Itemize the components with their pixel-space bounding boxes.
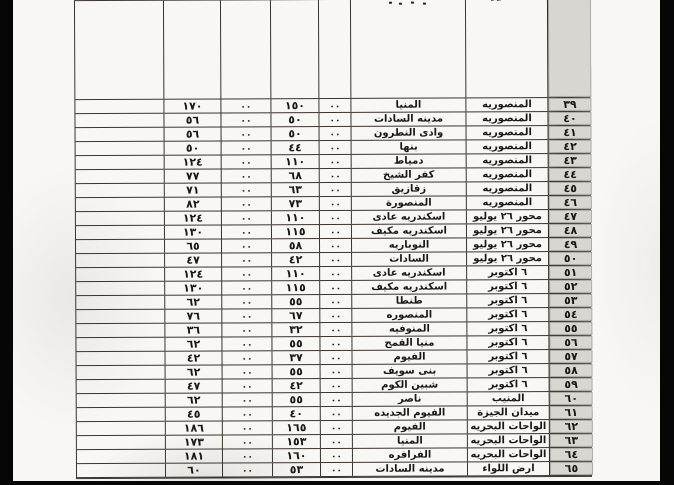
destination-cell: المنيا bbox=[352, 434, 467, 448]
empty-cell bbox=[77, 436, 165, 449]
fare-fraction-cell: ٠٠ bbox=[320, 435, 352, 448]
fare2-fraction-cell: ٠٠ bbox=[221, 197, 271, 210]
row-number-cell: ٤٦ bbox=[548, 196, 592, 209]
destination-cell: السادات bbox=[351, 252, 466, 266]
row-number-cell: ٥٤ bbox=[548, 308, 592, 321]
empty-cell bbox=[75, 1, 163, 99]
fare2-cell: ٤٧ bbox=[164, 253, 221, 266]
fare2-fraction-cell: ٠٠ bbox=[221, 183, 271, 196]
empty-cell bbox=[75, 114, 163, 127]
cutoff-text-sliver bbox=[389, 2, 392, 4]
fare2-cell: ٤٢ bbox=[164, 351, 221, 364]
empty-cell bbox=[76, 282, 164, 295]
destination-cell: طنطا bbox=[351, 294, 466, 308]
destination-cell: الفرافره bbox=[352, 448, 467, 462]
row-number-cell: ٦١ bbox=[549, 406, 593, 419]
empty-cell bbox=[77, 450, 165, 463]
fare2-fraction-cell: ٠٠ bbox=[221, 169, 271, 182]
row-number-cell: ٤٧ bbox=[548, 210, 592, 223]
fare2-cell: ١٢٤ bbox=[164, 211, 221, 224]
fare2-fraction-cell bbox=[220, 0, 270, 98]
fare-cell: ١١٠ bbox=[271, 155, 319, 168]
fare-cell: ٥٥ bbox=[272, 393, 320, 406]
fare2-fraction-cell: ٠٠ bbox=[221, 225, 271, 238]
fare2-fraction-cell: ٠٠ bbox=[221, 211, 271, 224]
row-number-cell: ٥٦ bbox=[548, 336, 592, 349]
destination-cell: المنصوره bbox=[351, 308, 466, 322]
origin-cell: المنصوريه bbox=[465, 98, 547, 111]
fare2-cell: ١٨١ bbox=[165, 449, 222, 462]
fare-fraction-cell: ٠٠ bbox=[318, 113, 350, 126]
destination-cell: دمياط bbox=[351, 154, 466, 168]
fare2-cell: ١٨٦ bbox=[165, 421, 222, 434]
row-number-cell: ٣٩ bbox=[547, 98, 591, 111]
empty-cell bbox=[77, 380, 165, 393]
fare-fraction-cell: ٠٠ bbox=[319, 351, 351, 364]
destination-cell: وادى النطرون bbox=[351, 126, 466, 140]
fare2-cell: ١٣٠ bbox=[164, 225, 221, 238]
fare2-cell: ٨٢ bbox=[164, 197, 221, 210]
destination-cell: كفر الشيخ bbox=[351, 168, 466, 182]
fare2-cell: ٦٢ bbox=[165, 365, 222, 378]
origin-cell: ٦ اكتوبر bbox=[467, 378, 549, 391]
fare2-cell: ٦٢ bbox=[164, 295, 221, 308]
fare-fraction-cell: ٠٠ bbox=[319, 183, 351, 196]
fare-table-body: ١٧٠ ٠٠ ١٥٠ ٠٠ المنيا المنصوريه ٣٩ ٥٦ ٠٠ … bbox=[75, 98, 591, 478]
fare-cell: ١٥٠ bbox=[270, 99, 318, 112]
empty-cell bbox=[76, 240, 164, 253]
origin-cell: محور ٢٦ يوليو bbox=[466, 238, 548, 251]
fare-fraction-cell: ٠٠ bbox=[319, 127, 351, 140]
fare-fraction-cell: ٠٠ bbox=[320, 407, 352, 420]
fare2-fraction-cell: ٠٠ bbox=[221, 281, 271, 294]
destination-cell: شبين الكوم bbox=[352, 378, 467, 392]
fare2-fraction-cell: ٠٠ bbox=[221, 267, 271, 280]
fare-cell: ٥٠ bbox=[270, 113, 318, 126]
fare-cell: ٣٢ bbox=[271, 323, 319, 336]
row-number-cell: ٤٠ bbox=[547, 112, 591, 125]
destination-cell: النوباريه bbox=[351, 238, 466, 252]
fare2-fraction-cell: ٠٠ bbox=[221, 337, 271, 350]
fare2-fraction-cell: ٠٠ bbox=[220, 99, 270, 112]
destination-cell: منيا القمح bbox=[351, 336, 466, 350]
empty-cell bbox=[77, 366, 165, 379]
fare-cell: ٦٧ bbox=[271, 309, 319, 322]
destination-cell: بنى سويف bbox=[352, 364, 467, 378]
fare2-fraction-cell: ٠٠ bbox=[221, 295, 271, 308]
empty-cell bbox=[76, 212, 164, 225]
empty-cell bbox=[76, 170, 164, 183]
empty-cell bbox=[75, 100, 163, 113]
fare2-cell: ٤٧ bbox=[165, 379, 222, 392]
fare-table: المنصوريه ١٧٠ ٠٠ ١٥٠ ٠٠ المنيا المنصوريه… bbox=[74, 0, 592, 479]
fare-fraction-cell: ٠٠ bbox=[320, 393, 352, 406]
origin-cell: ٦ اكتوبر bbox=[466, 280, 548, 293]
fare2-cell: ١٧٠ bbox=[163, 99, 220, 112]
fare-cell: ٦٨ bbox=[271, 169, 319, 182]
fare-cell: ٥٥ bbox=[271, 337, 319, 350]
empty-cell bbox=[77, 408, 165, 421]
origin-cell: ٦ اكتوبر bbox=[466, 294, 548, 307]
destination-cell: المنوفيه bbox=[351, 322, 466, 336]
row-number-cell: ٦٤ bbox=[549, 448, 593, 461]
fare-cell: ٦٣ bbox=[271, 183, 319, 196]
fare-cell: ٥٥ bbox=[272, 365, 320, 378]
fare-fraction-cell bbox=[318, 0, 350, 98]
fare2-fraction-cell: ٠٠ bbox=[222, 407, 272, 420]
row-number-cell: ٥٠ bbox=[548, 252, 592, 265]
origin-cell: المنصوريه bbox=[466, 126, 548, 139]
fare2-cell: ١٣٠ bbox=[164, 281, 221, 294]
empty-cell bbox=[76, 184, 164, 197]
origin-cell: المنصوريه bbox=[466, 140, 548, 153]
origin-cell: الواحات البحريه bbox=[467, 448, 549, 461]
row-number-cell: ٦٥ bbox=[549, 462, 593, 475]
fare-cell: ٤٠ bbox=[272, 407, 320, 420]
origin-cell: المنصوريه bbox=[465, 112, 547, 125]
destination-cell: بنها bbox=[351, 140, 466, 154]
fare-fraction-cell: ٠٠ bbox=[319, 323, 351, 336]
fare-fraction-cell: ٠٠ bbox=[319, 197, 351, 210]
fare-fraction-cell: ٠٠ bbox=[319, 155, 351, 168]
fare2-cell: ٦٠ bbox=[165, 463, 222, 476]
fare2-fraction-cell: ٠٠ bbox=[222, 449, 272, 462]
fare-cell: ١٦٠ bbox=[272, 449, 320, 462]
fare-cell bbox=[270, 0, 318, 98]
fare2-fraction-cell: ٠٠ bbox=[222, 379, 272, 392]
origin-cell: المنصوريه bbox=[466, 196, 548, 209]
empty-cell bbox=[76, 226, 164, 239]
fare-fraction-cell: ٠٠ bbox=[320, 449, 352, 462]
row-number-cell: ٦٢ bbox=[549, 420, 593, 433]
fare2-fraction-cell: ٠٠ bbox=[220, 113, 270, 126]
empty-cell bbox=[77, 464, 165, 477]
fare-fraction-cell: ٠٠ bbox=[320, 463, 352, 476]
fare2-fraction-cell: ٠٠ bbox=[221, 127, 271, 140]
fare2-fraction-cell: ٠٠ bbox=[221, 351, 271, 364]
fare-cell: ٤٢ bbox=[271, 253, 319, 266]
destination-cell: اسكندريه مكيف bbox=[351, 224, 466, 238]
destination-cell: الفيوم الجديده bbox=[352, 406, 467, 420]
fare-cell: ٤٤ bbox=[271, 141, 319, 154]
fare2-cell: ١٢٤ bbox=[164, 267, 221, 280]
empty-cell bbox=[76, 142, 164, 155]
scanned-page: المنصوريه ١٧٠ ٠٠ ١٥٠ ٠٠ المنيا المنصوريه… bbox=[13, 0, 660, 481]
origin-cell: المنيب bbox=[467, 392, 549, 405]
origin-cell: الواحات البحريه bbox=[467, 420, 549, 433]
fare-fraction-cell: ٠٠ bbox=[319, 337, 351, 350]
fare-cell: ٣٧ bbox=[271, 351, 319, 364]
fare2-fraction-cell: ٠٠ bbox=[221, 323, 271, 336]
fare-cell: ١١٥ bbox=[271, 281, 319, 294]
fare2-fraction-cell: ٠٠ bbox=[222, 393, 272, 406]
row-number-cell: ٥٥ bbox=[548, 322, 592, 335]
destination-cell: ناصر bbox=[352, 392, 467, 406]
destination-cell: مدينه السادات bbox=[352, 462, 467, 476]
fare-fraction-cell: ٠٠ bbox=[319, 253, 351, 266]
fare-fraction-cell: ٠٠ bbox=[319, 169, 351, 182]
empty-cell bbox=[76, 296, 164, 309]
origin-cell: ٦ اكتوبر bbox=[466, 350, 548, 363]
empty-cell bbox=[76, 338, 164, 351]
fare-fraction-cell: ٠٠ bbox=[319, 295, 351, 308]
fare2-cell: ٦٥ bbox=[164, 239, 221, 252]
empty-cell bbox=[76, 310, 164, 323]
fare-cell: ٥٣ bbox=[272, 463, 320, 476]
fare2-cell: ٤٥ bbox=[165, 407, 222, 420]
origin-cell: محور ٢٦ يوليو bbox=[466, 224, 548, 237]
cutoff-table-row: المنصوريه bbox=[75, 0, 589, 100]
fare-fraction-cell: ٠٠ bbox=[319, 281, 351, 294]
fare2-cell: ٦٢ bbox=[164, 337, 221, 350]
origin-cell: ٦ اكتوبر bbox=[466, 336, 548, 349]
fare2-cell: ٥٠ bbox=[164, 141, 221, 154]
fare2-fraction-cell: ٠٠ bbox=[221, 239, 271, 252]
destination-cell: الفيوم bbox=[352, 420, 467, 434]
fare-cell: ١١٠ bbox=[271, 211, 319, 224]
fare-cell: ٥٨ bbox=[271, 239, 319, 252]
destination-cell: الفيوم bbox=[351, 350, 466, 364]
fare2-fraction-cell: ٠٠ bbox=[221, 141, 271, 154]
fare-fraction-cell: ٠٠ bbox=[319, 141, 351, 154]
destination-cell: اسكندريه مكيف bbox=[351, 280, 466, 294]
empty-cell bbox=[76, 268, 164, 281]
destination-cell: المنصورة bbox=[351, 196, 466, 210]
fare2-fraction-cell: ٠٠ bbox=[221, 309, 271, 322]
fare2-cell: ٧٦ bbox=[164, 309, 221, 322]
row-number-cell: ٦٣ bbox=[549, 434, 593, 447]
destination-cell: اسكندريه عادى bbox=[351, 266, 466, 280]
fare2-cell: ٧١ bbox=[164, 183, 221, 196]
row-number-cell bbox=[547, 0, 591, 97]
row-number-cell: ٥١ bbox=[548, 266, 592, 279]
fare2-fraction-cell: ٠٠ bbox=[222, 365, 272, 378]
fare-fraction-cell: ٠٠ bbox=[320, 379, 352, 392]
row-number-cell: ٤١ bbox=[548, 126, 592, 139]
row-number-cell: ٥٨ bbox=[549, 364, 593, 377]
origin-cell: الواحات البحريه bbox=[467, 434, 549, 447]
fare2-fraction-cell: ٠٠ bbox=[221, 253, 271, 266]
origin-cell: ٦ اكتوبر bbox=[467, 364, 549, 377]
fare2-fraction-cell: ٠٠ bbox=[222, 463, 272, 476]
fare-cell: ٤٢ bbox=[272, 379, 320, 392]
empty-cell bbox=[76, 156, 164, 169]
origin-label: المنصوريه bbox=[482, 0, 532, 1]
destination-cell: المنيا bbox=[350, 98, 465, 112]
fare-fraction-cell: ٠٠ bbox=[320, 421, 352, 434]
empty-cell bbox=[77, 422, 165, 435]
fare2-cell: ٣٦ bbox=[164, 323, 221, 336]
destination-cell bbox=[350, 0, 465, 98]
row-number-cell: ٤٨ bbox=[548, 224, 592, 237]
origin-cell: محور ٢٦ يوليو bbox=[466, 210, 548, 223]
origin-cell: ٦ اكتوبر bbox=[466, 322, 548, 335]
destination-cell: زقازيق bbox=[351, 182, 466, 196]
fare2-cell: ١٧٣ bbox=[165, 435, 222, 448]
empty-cell bbox=[76, 324, 164, 337]
destination-cell: مدينه السادات bbox=[350, 112, 465, 126]
fare-fraction-cell: ٠٠ bbox=[319, 225, 351, 238]
fare2-cell: ١٢٤ bbox=[164, 155, 221, 168]
fare2-cell: ٥٦ bbox=[163, 113, 220, 126]
destination-cell: اسكندريه عادى bbox=[351, 210, 466, 224]
fare-cell: ١٥٣ bbox=[272, 435, 320, 448]
fare-fraction-cell: ٠٠ bbox=[319, 211, 351, 224]
row-number-cell: ٤٥ bbox=[548, 182, 592, 195]
row-number-cell: ٤٩ bbox=[548, 238, 592, 251]
fare-fraction-cell: ٠٠ bbox=[319, 239, 351, 252]
origin-cell: المنصوريه bbox=[466, 154, 548, 167]
row-number-cell: ٥٩ bbox=[549, 378, 593, 391]
fare-fraction-cell: ٠٠ bbox=[320, 365, 352, 378]
table-row: ٦٠ ٠٠ ٥٣ ٠٠ مدينه السادات ارض اللواء ٦٥ bbox=[77, 462, 591, 478]
origin-cell: المنصوريه bbox=[465, 0, 547, 97]
row-number-cell: ٤٤ bbox=[548, 168, 592, 181]
origin-cell: ارض اللواء bbox=[467, 462, 549, 475]
origin-cell: محور ٢٦ يوليو bbox=[466, 252, 548, 265]
empty-cell bbox=[76, 352, 164, 365]
origin-cell: ميدان الجيزة bbox=[467, 406, 549, 419]
fare-cell: ١١٠ bbox=[271, 267, 319, 280]
origin-cell: ٦ اكتوبر bbox=[466, 266, 548, 279]
fare-fraction-cell: ٠٠ bbox=[319, 309, 351, 322]
empty-cell bbox=[77, 394, 165, 407]
fare2-cell: ٧٧ bbox=[164, 169, 221, 182]
row-number-cell: ٥٣ bbox=[548, 294, 592, 307]
fare-cell: ٥٥ bbox=[271, 295, 319, 308]
empty-cell bbox=[76, 198, 164, 211]
origin-cell: المنصوريه bbox=[466, 182, 548, 195]
empty-cell bbox=[76, 128, 164, 141]
row-number-cell: ٤٢ bbox=[548, 140, 592, 153]
fare-fraction-cell: ٠٠ bbox=[319, 267, 351, 280]
row-number-cell: ٥٢ bbox=[548, 280, 592, 293]
fare-fraction-cell: ٠٠ bbox=[318, 99, 350, 112]
fare-cell: ٧٣ bbox=[271, 197, 319, 210]
fare2-cell: ٥٦ bbox=[164, 127, 221, 140]
fare2-fraction-cell: ٠٠ bbox=[222, 435, 272, 448]
row-number-cell: ٤٣ bbox=[548, 154, 592, 167]
fare-cell: ٥٠ bbox=[271, 127, 319, 140]
fare2-fraction-cell: ٠٠ bbox=[222, 421, 272, 434]
origin-cell: ٦ اكتوبر bbox=[466, 308, 548, 321]
origin-cell: المنصوريه bbox=[466, 168, 548, 181]
empty-cell bbox=[76, 254, 164, 267]
fare2-cell: ٦٢ bbox=[165, 393, 222, 406]
fare2-cell bbox=[163, 0, 220, 98]
row-number-cell: ٦٠ bbox=[549, 392, 593, 405]
row-number-cell: ٥٧ bbox=[548, 350, 592, 363]
fare-cell: ١٦٥ bbox=[272, 421, 320, 434]
fare-cell: ١١٥ bbox=[271, 225, 319, 238]
fare2-fraction-cell: ٠٠ bbox=[221, 155, 271, 168]
